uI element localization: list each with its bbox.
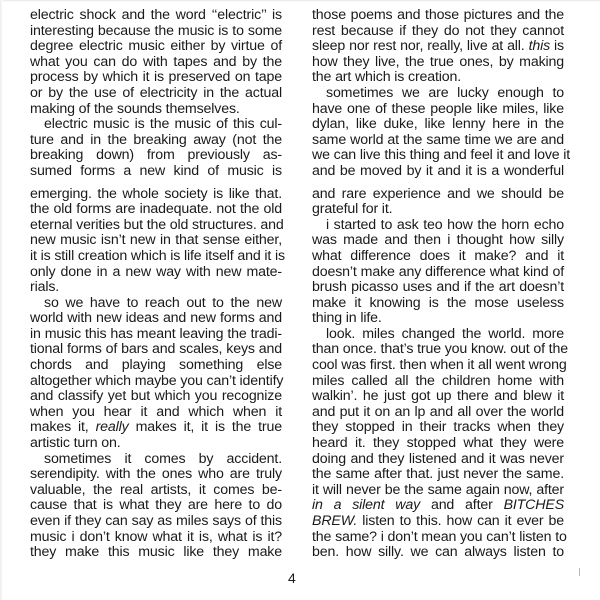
text-line: it will never be the same again now, aft… — [312, 483, 564, 499]
page-edge — [0, 0, 600, 2]
text-line: and rare experience and we should be — [312, 187, 564, 203]
italic-emphasis: this — [529, 38, 550, 54]
text-line: rest because if they do not they cannot — [312, 24, 564, 40]
text-line-this: sleep nor rest nor, really, live at all.… — [312, 39, 564, 55]
text-span: listen to this. how can it ever be — [362, 513, 564, 529]
text-line: artistic turn on. — [30, 436, 282, 452]
text-line: miles called all the children home with — [312, 374, 564, 390]
text-line: what you can do with tapes and by the — [30, 55, 282, 71]
text-line: valuable, the real artists, it comes be- — [30, 483, 282, 499]
right-column: those poems and those pictures and the r… — [312, 8, 564, 561]
text-span: sleep nor rest nor, really, live at all. — [312, 38, 525, 54]
text-line: rials. — [30, 280, 282, 296]
text-line: cause that is what they are here to do — [30, 498, 282, 514]
text-line: heard it. they stopped what they were — [312, 436, 564, 452]
text-line: sometimes we are lucky enough to — [312, 86, 564, 102]
text-line: than once. that’s true you know. out of … — [312, 342, 564, 358]
text-line: and put it on an lp and all over the wor… — [312, 405, 564, 421]
text-span: and after — [431, 497, 493, 513]
text-line: new music isn’t new in that sense either… — [30, 233, 282, 249]
text-line: make it knowing is the mose useless — [312, 296, 564, 312]
text-line: breaking down) from previously as- — [30, 148, 282, 164]
text-line: electric shock and the word ‘‘electric’’… — [30, 8, 282, 24]
text-line: tional forms of bars and scales, keys an… — [30, 342, 282, 358]
text-line: or by the use of electricity in the actu… — [30, 86, 282, 102]
text-line: and classify yet but which you recognize — [30, 389, 282, 405]
text-line: the art which is creation. — [312, 70, 564, 86]
left-column: electric shock and the word ‘‘electric’’… — [30, 8, 282, 561]
album-title-italic: BREW. — [312, 513, 357, 529]
text-line: grateful for it. — [312, 202, 564, 218]
text-line: dylan, like duke, like lenny here in the — [312, 117, 564, 133]
text-line: what difference does it make? and it — [312, 249, 564, 265]
text-line-silent-way: in a silent way and after BITCHES — [312, 498, 564, 514]
text-line: cool was first. then when it all went wr… — [312, 358, 564, 374]
text-line: ben. how silly. we can always listen to — [312, 545, 564, 561]
page-edge — [0, 0, 3, 600]
text-line: doesn’t make any difference what kind of — [312, 265, 564, 281]
text-line: and be moved by it and it is a wonderful — [312, 164, 564, 180]
text-line: electric music is the music of this cul- — [30, 117, 282, 133]
text-line: when you hear it and which when it — [30, 405, 282, 421]
text-line: ture and in the breaking away (not the — [30, 133, 282, 149]
text-line: in music this has meant leaving the trad… — [30, 327, 282, 343]
text-line: we can live this thing and feel it and l… — [312, 148, 564, 164]
text-line: emerging. the whole society is like that… — [30, 187, 282, 203]
text-line: serendipity. with the ones who are truly — [30, 467, 282, 483]
text-line: it is still creation which is life itsel… — [30, 249, 282, 265]
text-span: makes it, it is the true — [136, 419, 282, 435]
text-line: so we have to reach out to the new — [30, 296, 282, 312]
text-line: process by which it is preserved on tape — [30, 70, 282, 86]
text-line: the old forms are inadequate. not the ol… — [30, 202, 282, 218]
text-line-really: makes it, really makes it, it is the tru… — [30, 420, 282, 436]
text-line: music i don’t know what it is, what is i… — [30, 530, 282, 546]
text-line-brew: BREW. listen to this. how can it ever be — [312, 514, 564, 530]
text-line: sumed forms a new kind of music is — [30, 164, 282, 180]
text-line: thing in life. — [312, 311, 564, 327]
text-line: walkin’. he just got up there and blew i… — [312, 389, 564, 405]
text-line: same world at the same time we are and — [312, 133, 564, 149]
scan-speck — [579, 568, 580, 576]
text-line: chords and playing something else — [30, 358, 282, 374]
page-number: 4 — [288, 570, 296, 586]
text-line: those poems and those pictures and the — [312, 8, 564, 24]
text-line: world with new ideas and new forms and — [30, 311, 282, 327]
text-line: making of the sounds themselves. — [30, 102, 282, 118]
text-line: i started to ask teo how the horn echo — [312, 218, 564, 234]
text-line: brush picasso uses and if the art doesn’… — [312, 280, 564, 296]
text-line: only done in a new way with new mate- — [30, 265, 282, 281]
text-line: degree electric music either by virtue o… — [30, 39, 282, 55]
text-line: sometimes it comes by accident. — [30, 452, 282, 468]
text-line: doing and they listened and it was never — [312, 452, 564, 468]
text-line: was made and then i thought how silly — [312, 233, 564, 249]
text-line: they stopped in their tracks when they — [312, 420, 564, 436]
text-line: they make this music like they make — [30, 545, 282, 561]
text-span: is — [554, 38, 564, 54]
text-line: eternal verities but the old structures.… — [30, 218, 282, 234]
text-line: the same after that. just never the same… — [312, 467, 564, 483]
text-line: look. miles changed the world. more — [312, 327, 564, 343]
text-line: the same? i don’t mean you can’t listen … — [312, 530, 564, 546]
text-line: have one of these people like miles, lik… — [312, 102, 564, 118]
text-span: makes it, — [30, 419, 89, 435]
italic-emphasis: really — [96, 419, 129, 435]
album-title-italic: BITCHES — [504, 497, 564, 513]
text-line: even if they can say as miles says of th… — [30, 514, 282, 530]
album-title-italic: in a silent way — [312, 497, 420, 513]
text-line: how they live, the true ones, by making — [312, 55, 564, 71]
text-line: altogether which maybe you can’t identif… — [30, 374, 282, 390]
text-line: interesting because the music is to some — [30, 24, 282, 40]
